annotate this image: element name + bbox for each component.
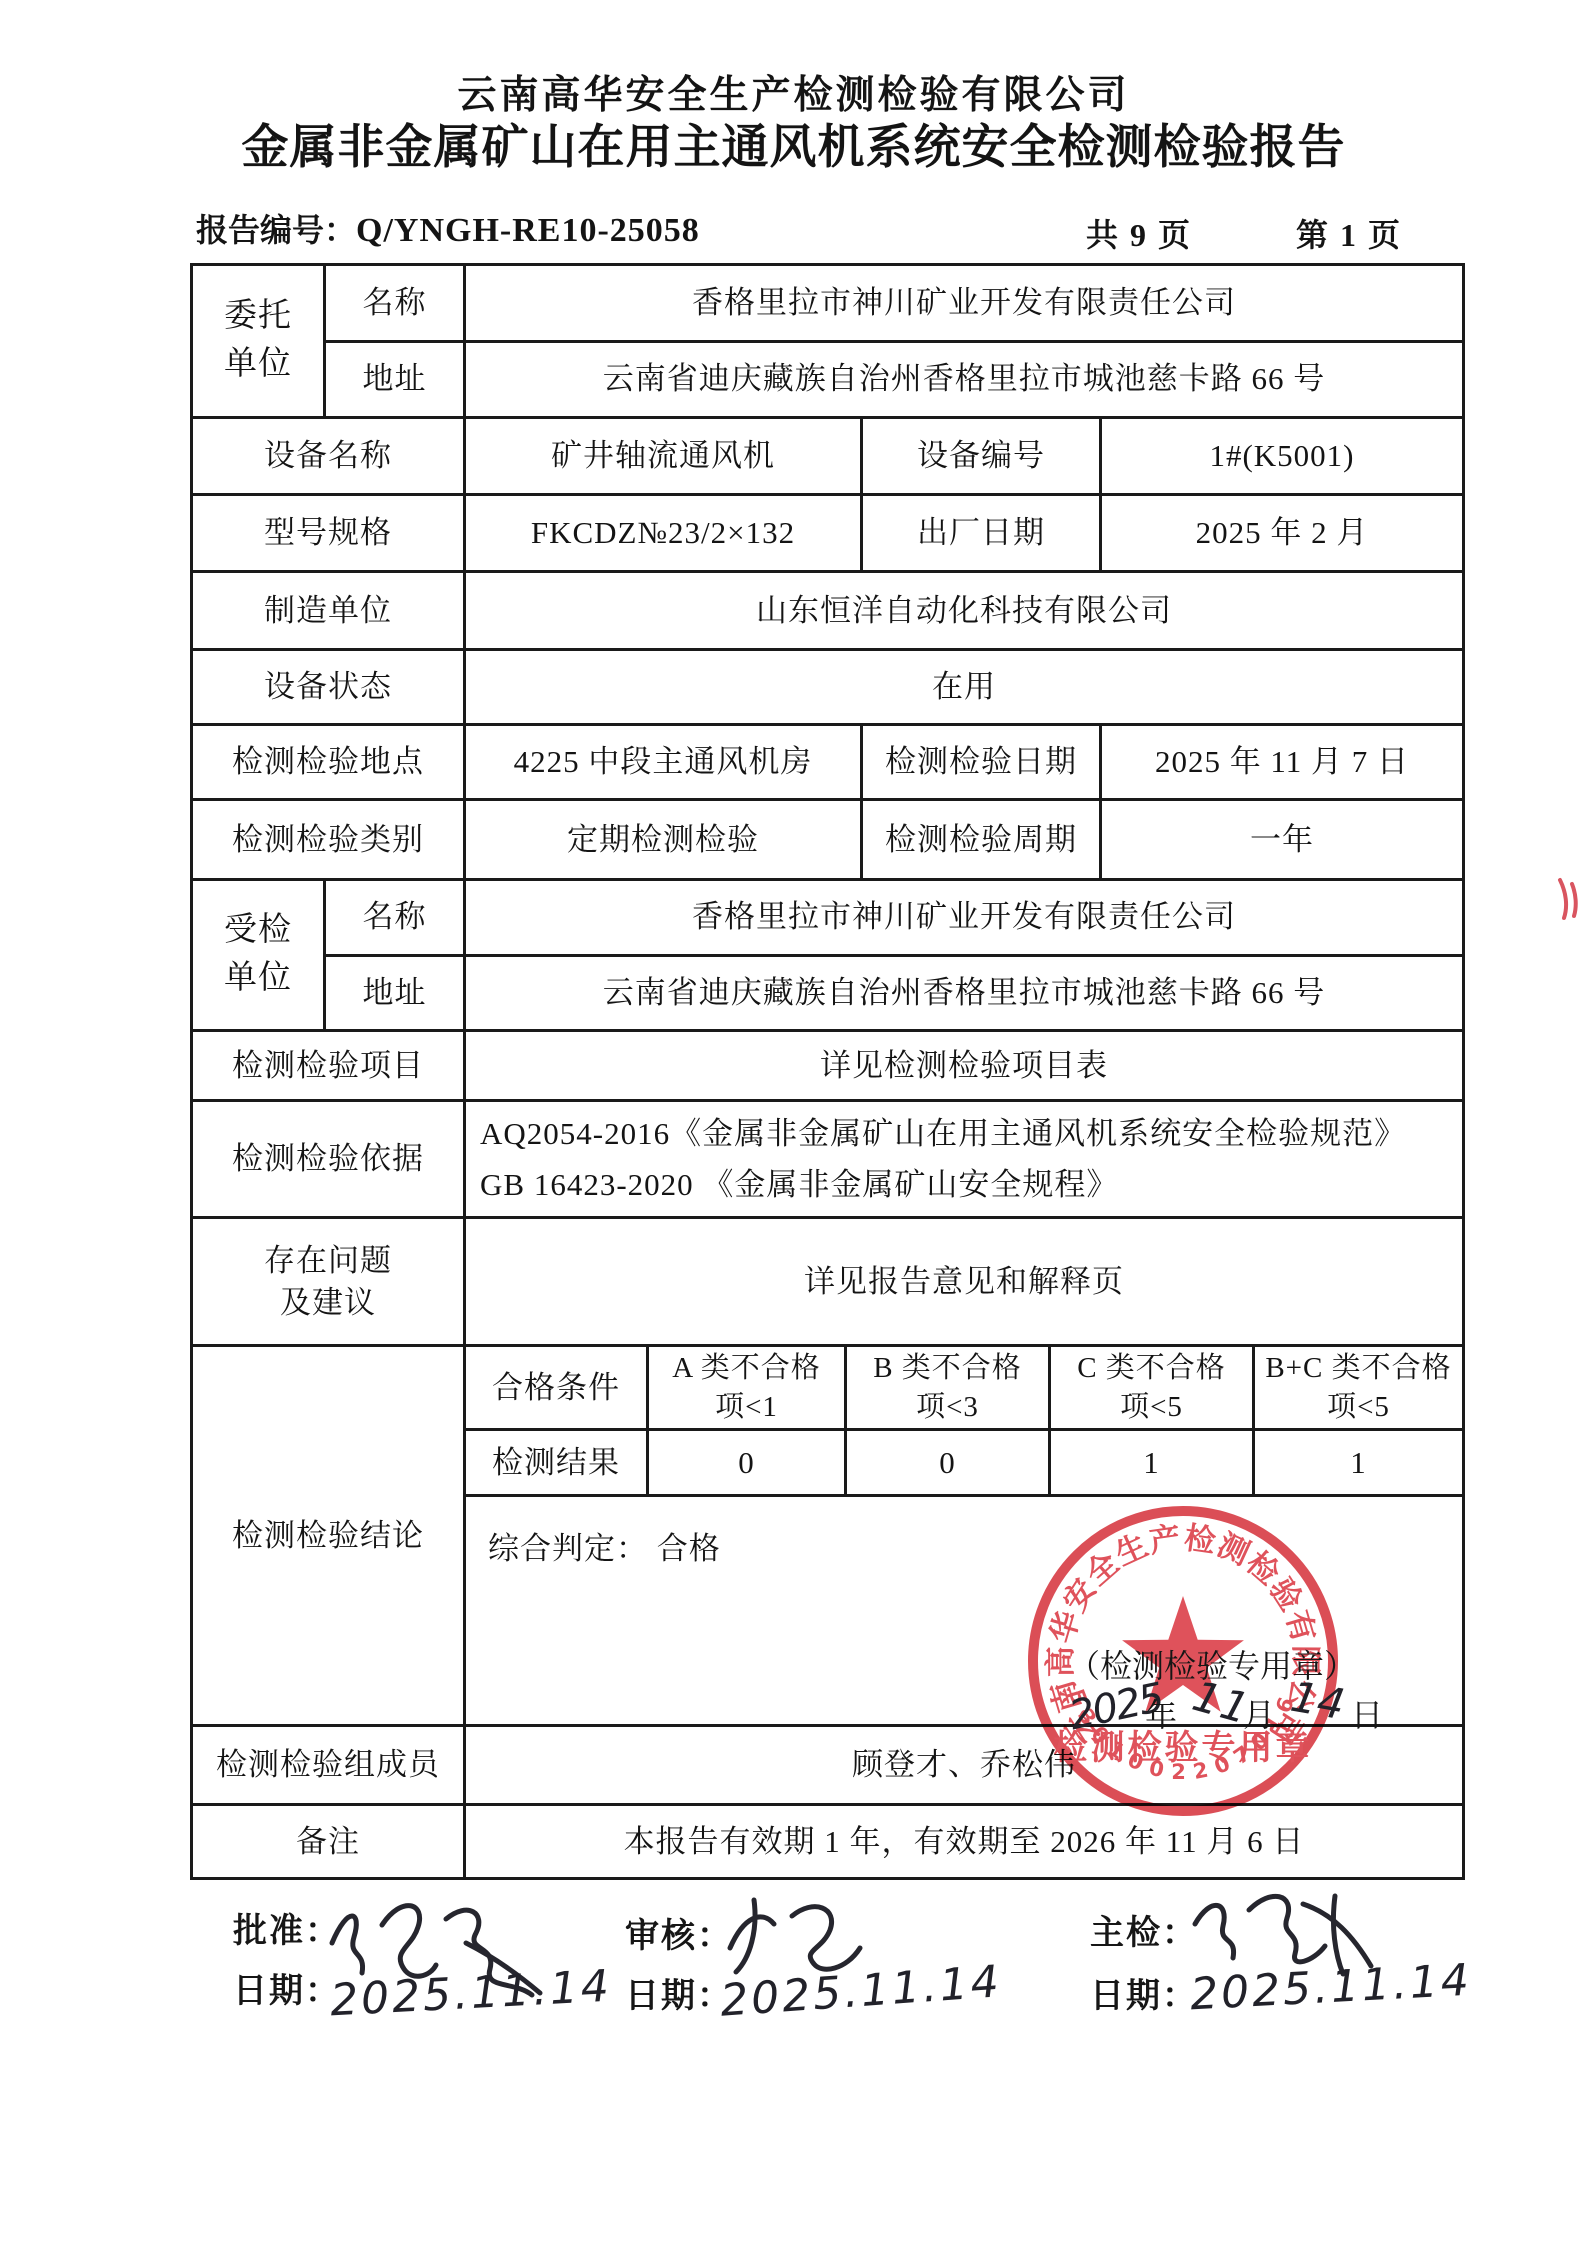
- result-bc: 1: [1252, 1431, 1462, 1494]
- device-no-value: 1#(K5001): [1099, 419, 1462, 493]
- inspected-name-row: 名称 香格里拉市神川矿业开发有限责任公司: [323, 881, 1462, 954]
- location-value: 4225 中段主通风机房: [463, 726, 860, 798]
- items-value: 详见检测检验项目表: [463, 1032, 1462, 1099]
- consignor-addr-value: 云南省迪庆藏族自治州香格里拉市城池慈卡路 66 号: [463, 343, 1462, 417]
- problems-label: 存在问题 及建议: [193, 1219, 463, 1344]
- row-device: 设备名称 矿井轴流通风机 设备编号 1#(K5001): [193, 416, 1462, 493]
- criteria-header-row: 合格条件 A 类不合格 项<1 B 类不合格 项<3 C 类不合格 项<5 B: [466, 1347, 1462, 1431]
- criteria-col-b: B 类不合格 项<3: [844, 1347, 1048, 1428]
- category-label: 检测检验类别: [193, 801, 463, 878]
- consignor-name-label: 名称: [323, 266, 463, 340]
- result-row: 检测结果 0 0 1 1: [466, 1431, 1462, 1497]
- chief-date-label: 日期：: [1090, 1968, 1198, 2017]
- row-model: 型号规格 FKCDZ№23/2×132 出厂日期 2025 年 2 月: [193, 493, 1462, 570]
- row-location: 检测检验地点 4225 中段主通风机房 检测检验日期 2025 年 11 月 7…: [193, 723, 1462, 798]
- conclusion-label: 检测检验结论: [193, 1347, 463, 1724]
- seal-date-day-label: 日: [1351, 1690, 1383, 1736]
- inspected-addr-value: 云南省迪庆藏族自治州香格里拉市城池慈卡路 66 号: [463, 957, 1462, 1030]
- result-c: 1: [1048, 1431, 1252, 1494]
- row-basis: 检测检验依据 AQ2054-2016《金属非金属矿山在用主通风机系统安全检验规范…: [193, 1099, 1462, 1216]
- criteria-label: 合格条件: [466, 1347, 646, 1428]
- review-label: 审核：: [625, 1908, 733, 1957]
- consignor-name-row: 名称 香格里拉市神川矿业开发有限责任公司: [323, 266, 1462, 340]
- inspected-name-value: 香格里拉市神川矿业开发有限责任公司: [463, 881, 1462, 954]
- team-label: 检测检验组成员: [193, 1727, 463, 1803]
- problems-value: 详见报告意见和解释页: [463, 1219, 1462, 1344]
- inspected-addr-label: 地址: [323, 957, 463, 1030]
- inspect-date-label: 检测检验日期: [860, 726, 1099, 798]
- consignor-addr-label: 地址: [323, 343, 463, 417]
- device-no-label: 设备编号: [860, 419, 1099, 493]
- seal-date-line: 2025 年 11 月 14 日: [1055, 1680, 1415, 1750]
- category-value: 定期检测检验: [463, 801, 860, 878]
- remark-label: 备注: [193, 1806, 463, 1877]
- criteria-col-a: A 类不合格 项<1: [646, 1347, 844, 1428]
- inspected-group-label: 受检 单位: [193, 881, 323, 1029]
- row-problems: 存在问题 及建议 详见报告意见和解释页: [193, 1216, 1462, 1344]
- device-name-label: 设备名称: [193, 419, 463, 493]
- consignor-addr-row: 地址 云南省迪庆藏族自治州香格里拉市城池慈卡路 66 号: [323, 340, 1462, 417]
- page-title: 金属非金属矿山在用主通风机系统安全检测检验报告: [0, 110, 1587, 177]
- red-edge-mark-icon: [1552, 876, 1582, 922]
- row-status: 设备状态 在用: [193, 648, 1462, 723]
- seal-date-year-label: 年: [1145, 1690, 1177, 1736]
- row-consignor: 委托 单位 名称 香格里拉市神川矿业开发有限责任公司 地址 云南省迪庆藏族自治州…: [193, 266, 1462, 416]
- mfg-date-value: 2025 年 2 月: [1099, 496, 1462, 570]
- location-label: 检测检验地点: [193, 726, 463, 798]
- result-a: 0: [646, 1431, 844, 1494]
- device-name-value: 矿井轴流通风机: [463, 419, 860, 493]
- basis-line-1: AQ2054-2016《金属非金属矿山在用主通风机系统安全检验规范》: [480, 1108, 1406, 1159]
- manufacturer-label: 制造单位: [193, 573, 463, 648]
- verdict-label: 综合判定：: [488, 1531, 648, 1566]
- status-value: 在用: [463, 651, 1462, 723]
- items-label: 检测检验项目: [193, 1032, 463, 1099]
- status-label: 设备状态: [193, 651, 463, 723]
- seal-date-day-handwritten: 14: [1287, 1672, 1348, 1730]
- basis-label: 检测检验依据: [193, 1102, 463, 1216]
- seal-date-month-label: 月: [1243, 1690, 1275, 1736]
- model-label: 型号规格: [193, 496, 463, 570]
- row-items: 检测检验项目 详见检测检验项目表: [193, 1029, 1462, 1099]
- cycle-value: 一年: [1099, 801, 1462, 878]
- inspected-addr-row: 地址 云南省迪庆藏族自治州香格里拉市城池慈卡路 66 号: [323, 954, 1462, 1030]
- basis-line-2: GB 16423-2020 《金属非金属矿山安全规程》: [480, 1159, 1118, 1210]
- row-category: 检测检验类别 定期检测检验 检测检验周期 一年: [193, 798, 1462, 878]
- criteria-col-bc: B+C 类不合格 项<5: [1252, 1347, 1462, 1428]
- row-inspected: 受检 单位 名称 香格里拉市神川矿业开发有限责任公司 地址 云南省迪庆藏族自治州…: [193, 878, 1462, 1029]
- verdict-value: 合格: [657, 1531, 721, 1566]
- model-value: FKCDZ№23/2×132: [463, 496, 860, 570]
- report-number-label: 报告编号：: [196, 212, 356, 248]
- total-pages: 共 9 页: [1086, 210, 1192, 256]
- report-number-value: Q/YNGH-RE10-25058: [356, 212, 700, 249]
- result-b: 0: [844, 1431, 1048, 1494]
- page-indicator: 第 1 页: [1296, 210, 1402, 256]
- result-label: 检测结果: [466, 1431, 646, 1494]
- row-manufacturer: 制造单位 山东恒洋自动化科技有限公司: [193, 570, 1462, 648]
- mfg-date-label: 出厂日期: [860, 496, 1099, 570]
- criteria-col-c: C 类不合格 项<5: [1048, 1347, 1252, 1428]
- consignor-name-value: 香格里拉市神川矿业开发有限责任公司: [463, 266, 1462, 340]
- basis-value: AQ2054-2016《金属非金属矿山在用主通风机系统安全检验规范》 GB 16…: [463, 1102, 1462, 1216]
- inspected-name-label: 名称: [323, 881, 463, 954]
- approve-date-label: 日期：: [233, 1963, 341, 2012]
- review-date-label: 日期：: [625, 1968, 733, 2017]
- inspect-date-value: 2025 年 11 月 7 日: [1099, 726, 1462, 798]
- manufacturer-value: 山东恒洋自动化科技有限公司: [463, 573, 1462, 648]
- report-number: 报告编号：Q/YNGH-RE10-25058: [196, 205, 700, 251]
- report-page: 云南高华安全生产检测检验有限公司 金属非金属矿山在用主通风机系统安全检测检验报告…: [0, 0, 1587, 2244]
- chief-label: 主检：: [1090, 1905, 1198, 1954]
- cycle-label: 检测检验周期: [860, 801, 1099, 878]
- consignor-group-label: 委托 单位: [193, 266, 323, 416]
